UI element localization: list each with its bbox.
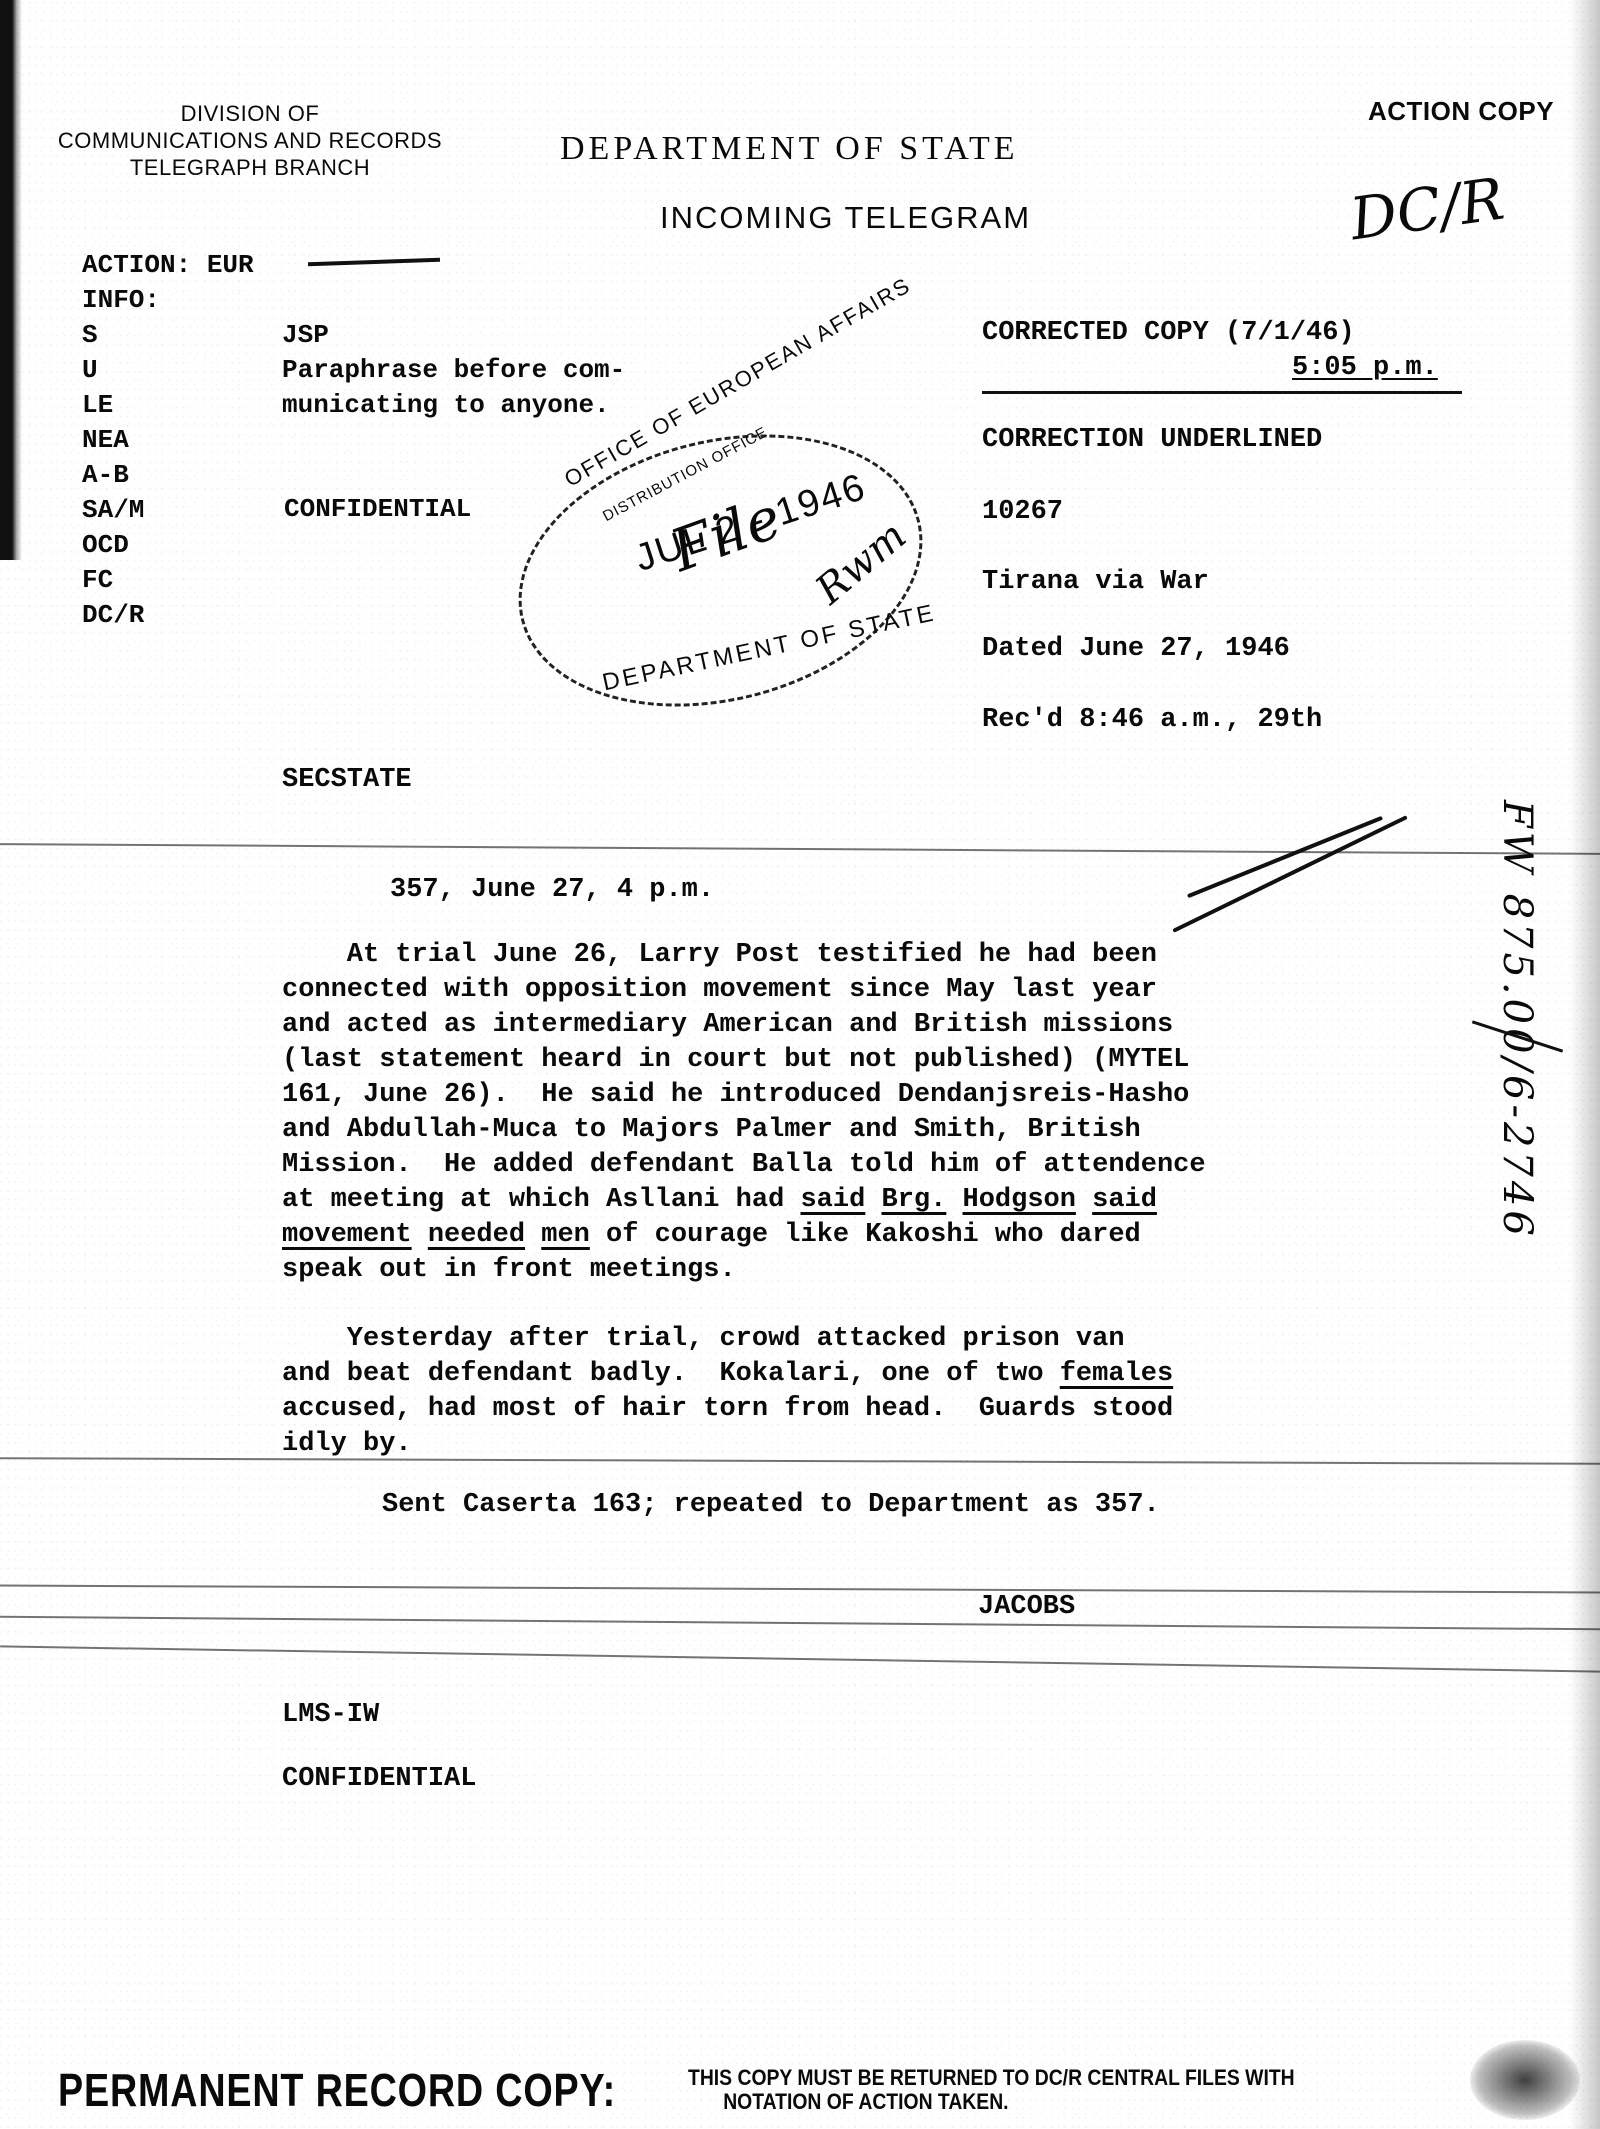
scan-edge-shadow-right [1570,0,1600,2129]
scan-rule-line [0,1645,1600,1672]
corrected-text: movement [282,1220,412,1250]
typist-code: LMS-IW [282,1700,379,1730]
body-text: and Abdullah-Muca to Majors Palmer and S… [282,1115,1141,1145]
telegram-origin: Tirana via War [982,567,1209,597]
copy-type-label: ACTION COPY [1368,96,1554,127]
body-text [412,1220,428,1250]
body-line: and beat defendant badly. Kokalari, one … [282,1357,1462,1392]
corrected-text: men [541,1220,590,1250]
body-text: and beat defendant badly. Kokalari, one … [282,1359,1060,1389]
classification-top: CONFIDENTIAL [284,494,471,524]
scan-rule-line [0,1616,1600,1631]
body-text: of courage like Kakoshi who dared [590,1220,1141,1250]
handling-code: JSP [282,318,625,353]
scan-rule-line [0,1585,1600,1594]
body-line: and acted as intermediary American and B… [282,1008,1462,1043]
ink-smudge [1470,2040,1580,2120]
body-line: Yesterday after trial, crowd attacked pr… [282,1322,1462,1357]
body-text: accused, had most of hair torn from head… [282,1394,1173,1424]
body-line: idly by. [282,1427,1462,1462]
body-text: Yesterday after trial, crowd attacked pr… [282,1324,1125,1354]
body-line: At trial June 26, Larry Post testified h… [282,938,1462,973]
division-line: TELEGRAPH BRANCH [40,154,460,181]
info-office: LE [82,388,254,423]
handwritten-routing: DC/R [1346,165,1508,254]
body-line: movement needed men of courage like Kako… [282,1218,1462,1253]
signature: JACOBS [978,1592,1075,1622]
scribble-mark [1187,816,1383,898]
permanent-record-title: PERMANENT RECORD COPY: [58,2063,616,2117]
body-text [865,1185,881,1215]
scan-edge-shadow [0,0,22,560]
body-text [946,1185,962,1215]
info-office: S [82,318,254,353]
body-text [1076,1185,1092,1215]
body-text: 161, June 26). He said he introduced Den… [282,1080,1189,1110]
division-line: COMMUNICATIONS AND RECORDS [40,127,460,154]
margin-file-number: FW 875.00/6-2746 [1494,800,1540,1240]
body-text: At trial June 26, Larry Post testified h… [282,940,1157,970]
return-instructions-line: NOTATION OF ACTION TAKEN. [688,2090,1295,2114]
info-office: FC [82,563,254,598]
body-text: connected with opposition movement since… [282,975,1157,1005]
body-line: 161, June 26). He said he introduced Den… [282,1078,1462,1113]
body-paragraph-2: Yesterday after trial, crowd attacked pr… [282,1322,1462,1462]
telegram-number: 10267 [982,497,1063,527]
corrected-copy-label: CORRECTED COPY (7/1/46) [982,318,1355,348]
paraphrase-note: Paraphrase before com- [282,353,625,388]
return-instructions-line: THIS COPY MUST BE RETURNED TO DC/R CENTR… [688,2066,1295,2090]
corrected-text: needed [428,1220,525,1250]
body-text: and acted as intermediary American and B… [282,1010,1173,1040]
return-instructions: THIS COPY MUST BE RETURNED TO DC/R CENTR… [688,2066,1295,2114]
routing-list: ACTION: EUR INFO: S U LE NEA A-B SA/M OC… [82,248,254,633]
action-office: ACTION: EUR [82,248,254,283]
department-title: DEPARTMENT OF STATE [560,130,1019,168]
corrected-copy-rule [982,391,1462,394]
body-line: and Abdullah-Muca to Majors Palmer and S… [282,1113,1462,1148]
info-office: OCD [82,528,254,563]
corrected-copy-time: 5:05 p.m. [1292,353,1438,383]
handling-instructions: JSP Paraphrase before com- municating to… [282,318,625,423]
corrected-text: Hodgson [963,1185,1076,1215]
body-paragraph-1: At trial June 26, Larry Post testified h… [282,938,1462,1288]
info-label: INFO: [82,283,254,318]
body-text: at meeting at which Asllani had [282,1185,800,1215]
info-office: A-B [82,458,254,493]
info-office: NEA [82,423,254,458]
body-text: idly by. [282,1429,412,1459]
scribble-mark [1172,815,1407,933]
corrected-text: said [800,1185,865,1215]
body-text: Mission. He added defendant Balla told h… [282,1150,1206,1180]
form-title: INCOMING TELEGRAM [660,200,1031,236]
info-office: SA/M [82,493,254,528]
info-office: U [82,353,254,388]
info-office: DC/R [82,598,254,633]
dated-line: Dated June 27, 1946 [982,634,1290,664]
action-strike-line [308,258,440,267]
paraphrase-note: municating to anyone. [282,388,625,423]
division-line: DIVISION OF [40,100,460,127]
body-line: accused, had most of hair torn from head… [282,1392,1462,1427]
body-text [525,1220,541,1250]
division-heading: DIVISION OF COMMUNICATIONS AND RECORDS T… [40,100,460,181]
corrected-text: females [1060,1359,1173,1389]
addressee: SECSTATE [282,765,412,795]
corrected-text: said [1092,1185,1157,1215]
body-line: at meeting at which Asllani had said Brg… [282,1183,1462,1218]
classification-bottom: CONFIDENTIAL [282,1764,476,1794]
body-line: (last statement heard in court but not p… [282,1043,1462,1078]
body-text: speak out in front meetings. [282,1255,736,1285]
body-line: connected with opposition movement since… [282,973,1462,1008]
scan-rule-line [0,843,1600,855]
message-reference: 357, June 27, 4 p.m. [390,875,714,905]
body-text: (last statement heard in court but not p… [282,1045,1189,1075]
corrected-text: Brg. [882,1185,947,1215]
body-line: Mission. He added defendant Balla told h… [282,1148,1462,1183]
body-paragraph-3: Sent Caserta 163; repeated to Department… [382,1488,1562,1523]
received-line: Rec'd 8:46 a.m., 29th [982,705,1322,735]
body-line: speak out in front meetings. [282,1253,1462,1288]
telegram-page: DIVISION OF COMMUNICATIONS AND RECORDS T… [0,0,1600,2129]
correction-note: CORRECTION UNDERLINED [982,425,1322,455]
